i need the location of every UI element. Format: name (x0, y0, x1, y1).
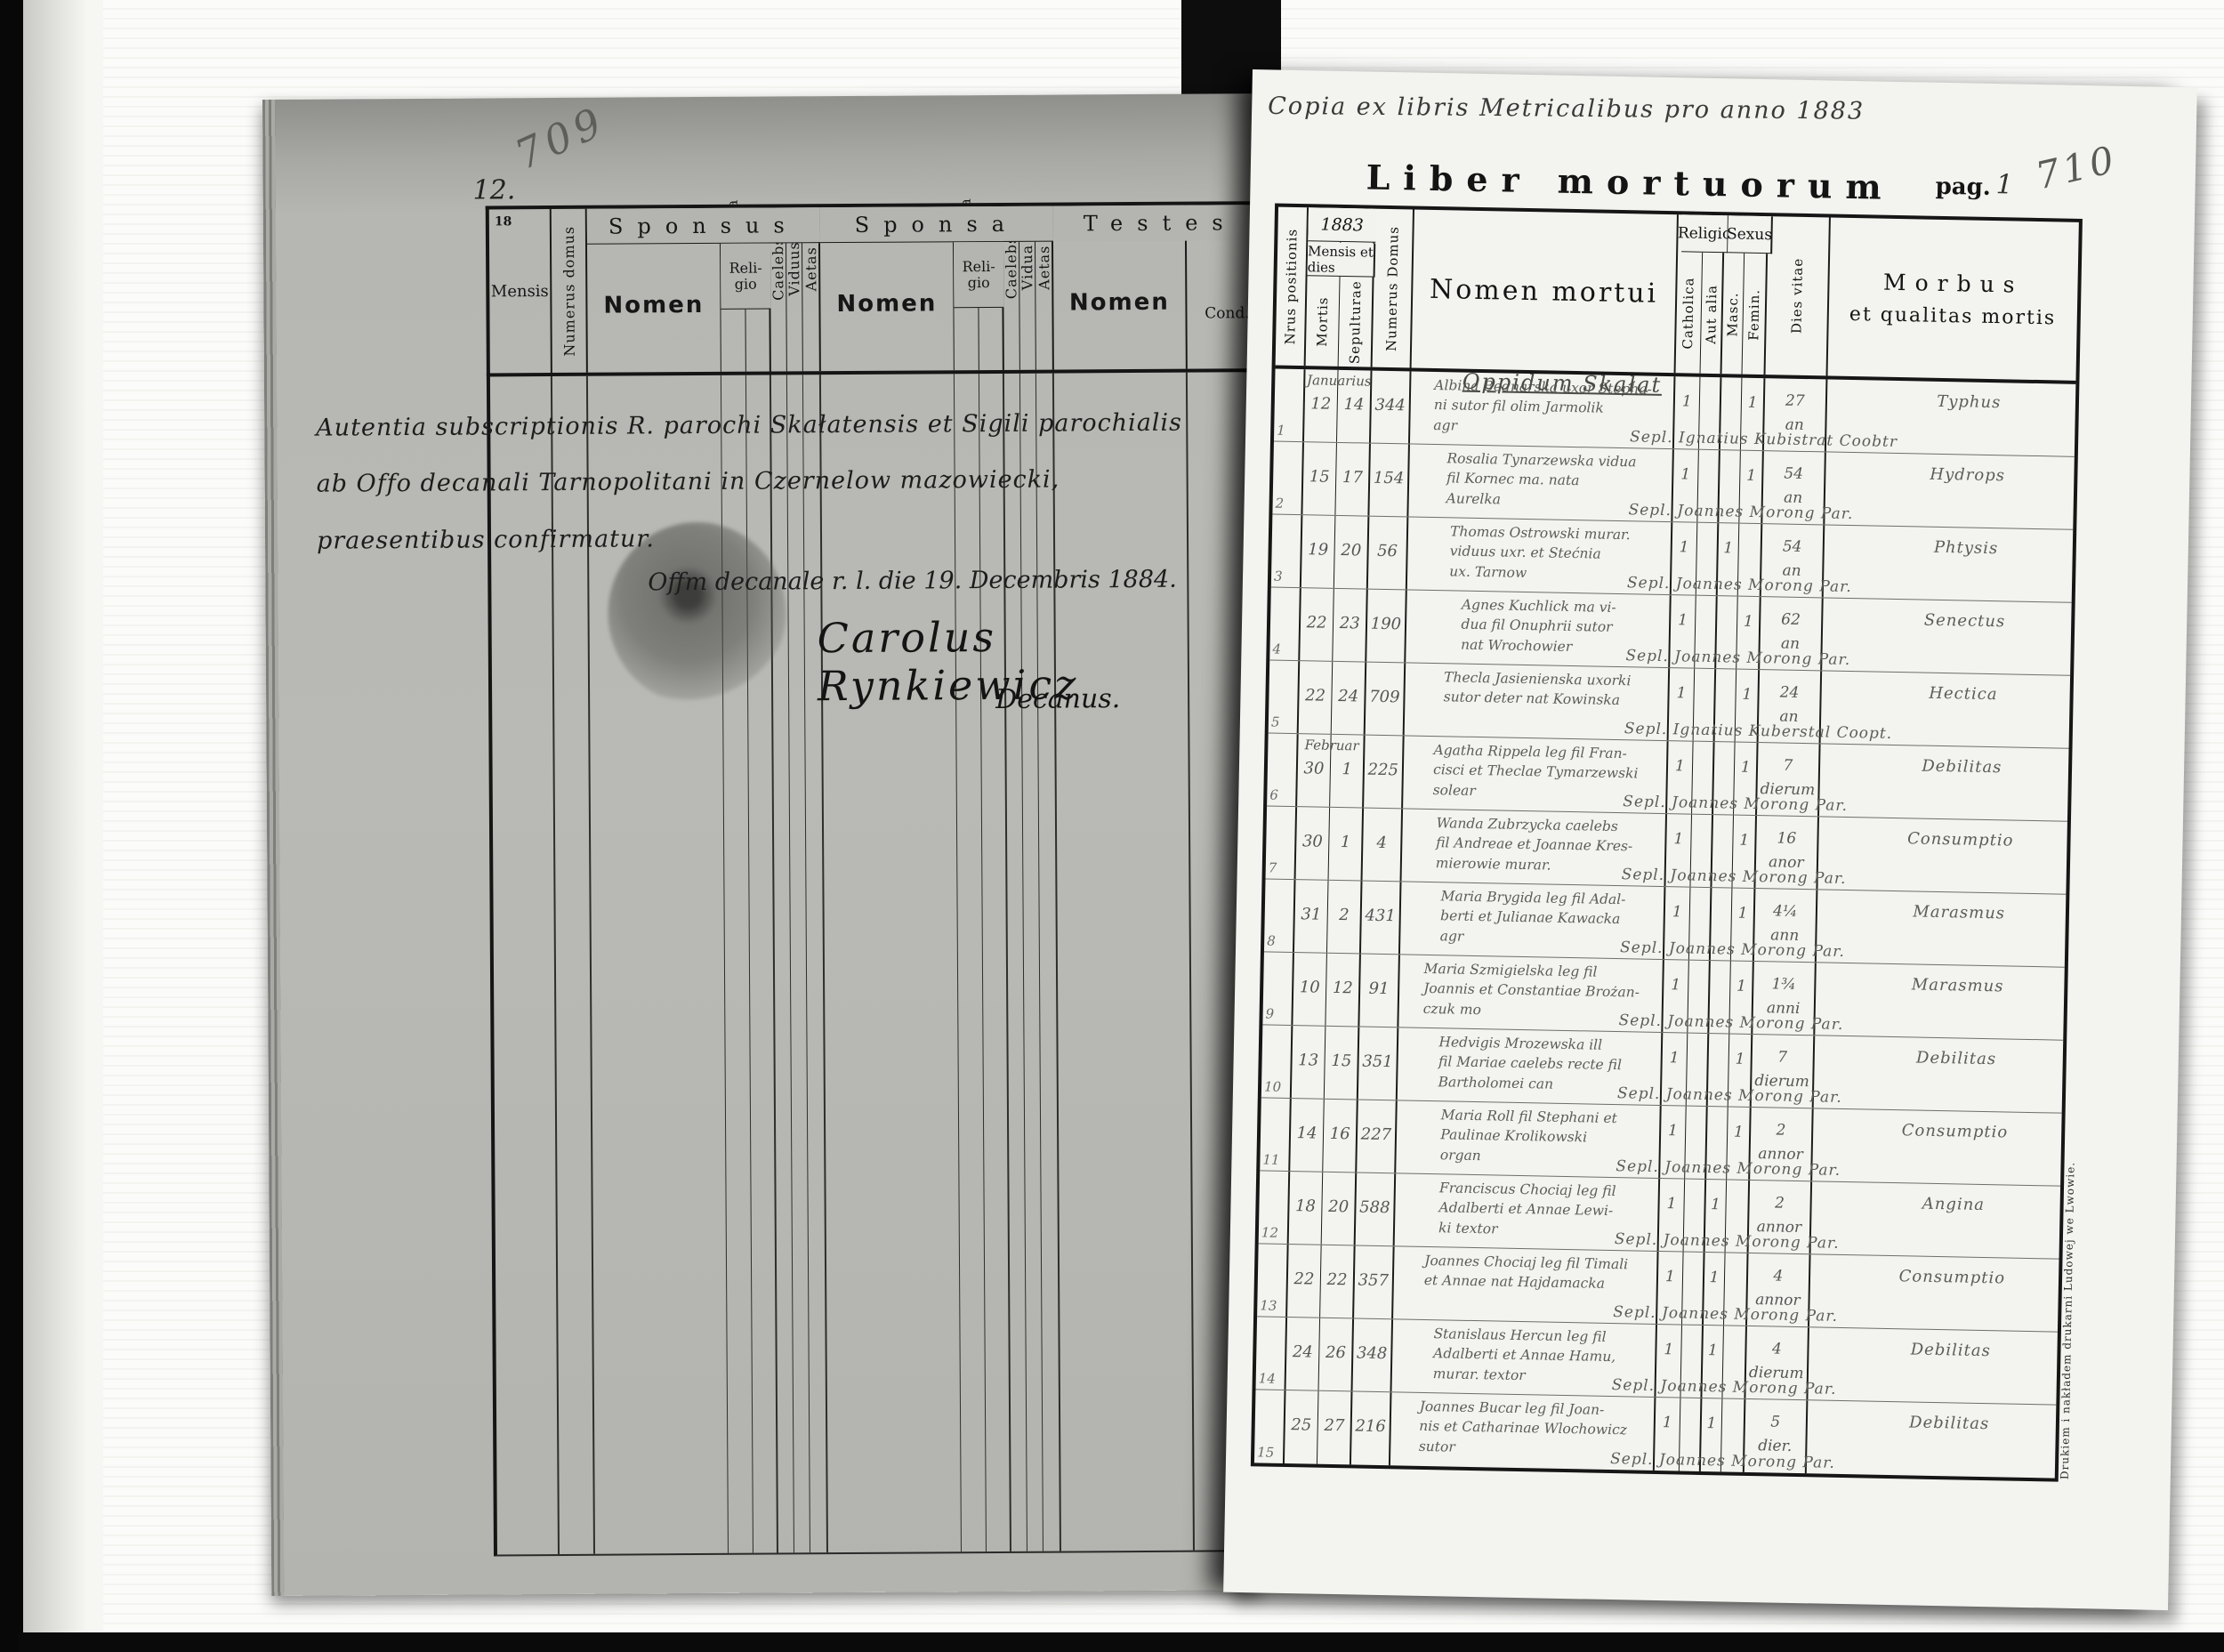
cell-death-date: 15 (1302, 442, 1337, 515)
cell-burial-date: 27 (1317, 1391, 1352, 1465)
scanned-register-spread: 709 12. 18 Mensis Numerus domus Nomen Ca… (0, 0, 2224, 1652)
cell-death-date: 31 (1294, 880, 1329, 953)
cell-death-date: Januarius 12 (1304, 369, 1339, 442)
cell-burial-date: 16 (1324, 1100, 1358, 1173)
copia-annotation: Copia ex libris Metricalibus pro anno 18… (1268, 93, 1865, 125)
month-label: Februar (1300, 737, 1364, 753)
group-label-religio-sponsus: Reli- gio (721, 244, 770, 310)
cell-position: 11 (1260, 1098, 1291, 1171)
cell-death-date: 18 (1288, 1172, 1323, 1245)
note-line: praesentibus confirmatur. (317, 507, 1261, 569)
cell-burial-date: 20 (1322, 1173, 1357, 1245)
confirmation-note: Autentia subscriptionis R. parochi Skała… (316, 394, 1261, 569)
month-label: Januarius (1307, 372, 1371, 389)
note-line: Autentia subscriptionis R. parochi Skała… (316, 394, 1261, 456)
cell-position: 2 (1272, 442, 1303, 515)
entry-number-mark: 12. (473, 174, 516, 205)
page-title: Liber mortuorum (1366, 157, 1895, 206)
note-dateline: Offm decanale r. l. die 19. Decembris 18… (648, 566, 1177, 597)
cell-burial-date: 22 (1320, 1245, 1355, 1318)
cell-death-date: Februar 30 (1297, 734, 1332, 807)
cell-house-number: 56 (1368, 517, 1408, 590)
death-table-header: Nrus positionis Mortis Sepulturae Numeru… (1276, 207, 2079, 384)
cell-position: 5 (1269, 660, 1300, 733)
header-cell-nrus-positionis: Nrus positionis (1276, 207, 1309, 367)
cell-death-date: 14 (1290, 1099, 1325, 1172)
cell-burial-date: 1 (1329, 808, 1364, 881)
cell-position: 3 (1271, 515, 1302, 588)
cell-house-number: 227 (1357, 1100, 1397, 1173)
cell-position: 13 (1257, 1244, 1288, 1317)
cell-house-number: 348 (1353, 1318, 1393, 1391)
cell-house-number: 344 (1371, 371, 1411, 444)
death-table-body: 1 Januarius 12 14 344 Oppidum Skałat Alb… (1254, 369, 2075, 1479)
pag-value: 1 (1995, 169, 2013, 200)
cell-burial-date: 2 (1327, 881, 1362, 954)
header-cell-nomen-mortui: Nomen mortui (1411, 210, 1679, 374)
cell-burial-date: 12 (1326, 954, 1361, 1027)
pencil-folio-number-right: 710 (2032, 137, 2122, 197)
cell-house-number: 709 (1366, 663, 1406, 736)
cell-position: 14 (1256, 1317, 1287, 1390)
header-cell-numerus-domus: Numerus domus (552, 209, 588, 373)
cell-death-date: 24 (1285, 1318, 1320, 1390)
cell-house-number: 588 (1356, 1173, 1396, 1245)
header-religio: Religio (1681, 214, 1728, 253)
scanner-strip-left (0, 0, 23, 1652)
header-cell-numerus-domus: Numerus Domus (1373, 209, 1414, 368)
cell-position: 15 (1254, 1390, 1285, 1463)
cell-house-number: 431 (1361, 882, 1401, 955)
cell-death-date: 22 (1300, 588, 1334, 661)
header-mensis-et-dies: Mensis et dies (1308, 242, 1376, 277)
cell-death-date: 22 (1298, 661, 1333, 734)
left-page-marriage-register: 709 12. 18 Mensis Numerus domus Nomen Ca… (262, 93, 1261, 1596)
cell-burial-date: 24 (1332, 662, 1366, 735)
cell-house-number: 4 (1363, 809, 1403, 882)
cell-position: 6 (1267, 733, 1298, 806)
cell-house-number: 154 (1369, 444, 1409, 517)
group-label-sponsus: Sponsus (587, 207, 820, 245)
cell-death-date: 10 (1293, 953, 1327, 1026)
header-year: 1883 (1308, 207, 1376, 242)
cell-death-date: 30 (1295, 807, 1330, 880)
cell-burial-date: 17 (1336, 443, 1371, 516)
pag-label: pag. (1935, 173, 1991, 201)
header-cell-morbus: Morbus et qualitas mortis (1827, 217, 2079, 380)
header-cell-dies-vitae: Dies vitae (1766, 216, 1831, 375)
title-row: Liber mortuorum pag. 1 (1251, 155, 2140, 172)
cell-death-date: 22 (1287, 1245, 1322, 1318)
group-label-testes: Testes (1053, 205, 1261, 242)
right-page-liber-mortuorum: Copia ex libris Metricalibus pro anno 18… (1223, 69, 2197, 1610)
cell-burial-date: 23 (1334, 589, 1368, 662)
cell-house-number: 351 (1358, 1027, 1398, 1100)
marriage-table-header: 18 Mensis Numerus domus Nomen Catholica … (486, 201, 1261, 376)
cell-position: 9 (1262, 952, 1293, 1025)
scanner-strip-fade (23, 0, 103, 1652)
cell-death-date: 25 (1285, 1390, 1319, 1464)
cell-burial-date: 15 (1325, 1027, 1359, 1100)
cell-position: 1 (1274, 369, 1305, 442)
death-record-row: 15 25 27 216 Joannes Bucar leg fil Joan-… (1254, 1390, 2056, 1478)
cell-house-number: 357 (1354, 1245, 1394, 1318)
header-sexus: Sexus (1728, 215, 1773, 254)
cell-position: 8 (1264, 879, 1295, 952)
pencil-folio-number-left: 709 (508, 97, 614, 180)
cell-burial-date: 20 (1334, 516, 1369, 589)
cell-house-number: 190 (1366, 590, 1406, 663)
cell-burial-date: 26 (1319, 1318, 1354, 1391)
year-prefix: 18 (495, 214, 512, 229)
cell-position: 12 (1259, 1171, 1290, 1244)
cell-house-number: 91 (1359, 955, 1399, 1027)
cell-position: 7 (1266, 806, 1297, 879)
cell-position: 4 (1269, 588, 1301, 661)
group-label-religio-sponsa: Reli- gio (954, 242, 1003, 308)
death-register-table: Nrus positionis Mortis Sepulturae Numeru… (1251, 204, 2083, 1482)
scanner-bar-bottom (18, 1632, 2224, 1652)
cell-house-number: 216 (1351, 1391, 1391, 1465)
cell-position: 10 (1261, 1025, 1293, 1098)
cell-death-date: 13 (1292, 1026, 1326, 1099)
cell-house-number: 225 (1364, 736, 1404, 809)
section-heading: Oppidum Skałat (1446, 368, 1678, 398)
note-line: ab Offo decanali Tarnopolitani in Czerne… (316, 450, 1261, 512)
header-cell-mensis: 18 Mensis (489, 209, 552, 373)
dean-title: Decanus. (995, 683, 1120, 715)
group-label-sponsa: Sponsa (820, 206, 1053, 244)
cell-death-date: 19 (1301, 515, 1336, 588)
